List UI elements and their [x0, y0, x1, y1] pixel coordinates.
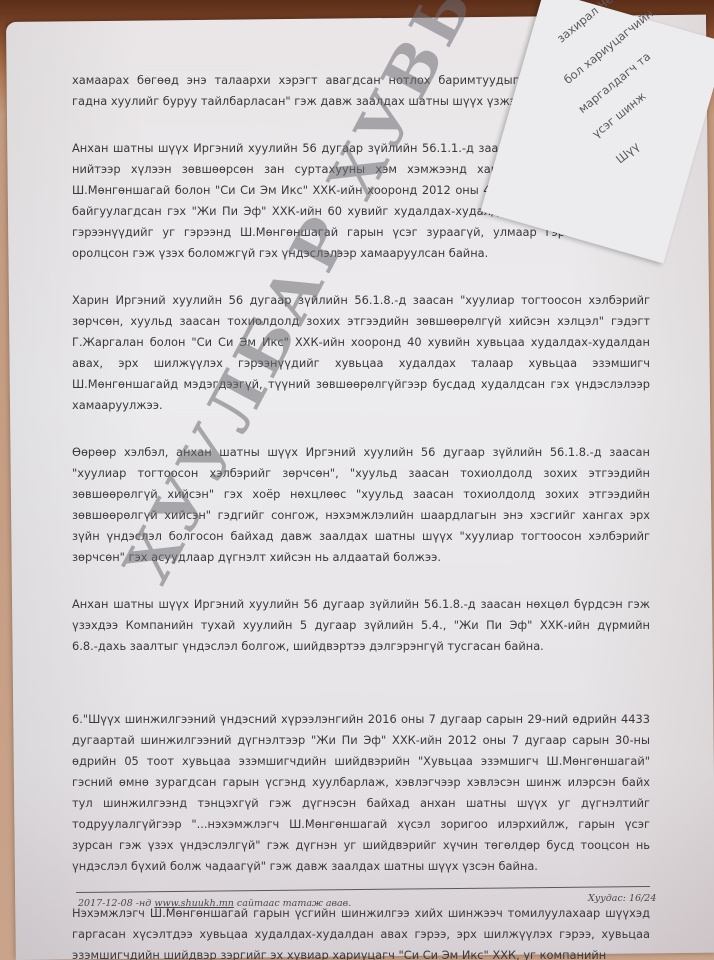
- text-line: үзэхдээ Компанийн тухай хуулийн 5 дугаар…: [72, 615, 650, 636]
- back-page-text: Шүү: [613, 139, 642, 166]
- text-line: оролцсон гэж үзэх боломжгүй гэх үндэслэл…: [72, 243, 650, 264]
- text-line: тодруулалгүйгээр "...нэхэмжлэгч Ш.Мөнгөн…: [72, 814, 650, 835]
- text-line: зөрчсөн" гэх асуудлаар дүгнэлт хийсэн нь…: [72, 547, 650, 568]
- paragraph-para-other-words: Өөрөөр хэлбэл, анхан шатны шүүх Иргэний …: [72, 442, 650, 568]
- paragraph-para-company-law: Анхан шатны шүүх Иргэний хуулийн 56 дуга…: [72, 594, 650, 657]
- text-line: зөрчсөн, хуульд заасан тохиолдолд зохих …: [72, 311, 650, 332]
- text-line: зөвшөөрөлгүй хийсэн" гэх хоёр нөхцлөөс "…: [72, 484, 650, 505]
- footer-date: 2017-12-08 -нд: [78, 898, 154, 909]
- text-line: эзэмшигчдийн шийдвэр зэргийг эх хувиар х…: [72, 945, 650, 960]
- text-line: зүйн үндэслэл болгосон байхад давж заалд…: [72, 526, 650, 547]
- text-line: авах, эрх шилжүүлэх гэрээнүүдийг хувьцаа…: [72, 353, 650, 374]
- text-line: дугаартай шинжилгээний дүгнэлтээр "Жи Пи…: [72, 730, 650, 751]
- text-line: зөвшөөрөлгүй хийсэн" гэдгийг сонгож, нэх…: [72, 505, 650, 526]
- text-line: Г.Жаргалан болон "Си Си Эм Икс" ХХК-ийн …: [72, 332, 650, 353]
- text-line: Ш.Мөнгөншагайд мэдэгдээгүй, түүний зөвшө…: [72, 374, 650, 395]
- text-line: 6."Шүүх шинжилгээний үндэсний хүрээлэнги…: [72, 709, 650, 730]
- text-line: Өөрөөр хэлбэл, анхан шатны шүүх Иргэний …: [72, 442, 650, 463]
- text-line: үндэслэл бүхий болж чадаагүй" гэж давж з…: [72, 856, 650, 877]
- paragraph-para-plaintiff: Нэхэмжлэгч Ш.Мөнгөншагай гарын үсгийн ши…: [72, 903, 650, 960]
- footer-suffix: сайтаас татаж авав.: [234, 898, 351, 909]
- text-line: хамааруулжээ.: [72, 395, 650, 416]
- paragraph-para-56-1-8: Харин Иргэний хуулийн 56 дугаар зүйлийн …: [72, 290, 650, 416]
- text-line: гэсний өмнө зурагдсан гарын үсгэнд хуулб…: [72, 772, 650, 793]
- page-number: Хуудас: 16/24: [588, 893, 656, 904]
- text-line: тул шинжилгээнд тэнцэхгүй гэж дүгнэсэн б…: [72, 793, 650, 814]
- footer-link[interactable]: www.shuukh.mn: [154, 898, 234, 909]
- text-line: өдрийн 05 тоот хувьцаа эзэмшигчдийн шийд…: [72, 751, 650, 772]
- text-line: гаргасан хүсэлтдээ хувьцаа худалдах-худа…: [72, 924, 650, 945]
- text-line: Анхан шатны шүүх Иргэний хуулийн 56 дуга…: [72, 594, 650, 615]
- paragraph-para-6: 6."Шүүх шинжилгээний үндэсний хүрээлэнги…: [72, 709, 650, 877]
- text-line: 6.8.-дахь заалтыг үндэслэл болгож, шийдв…: [72, 636, 650, 657]
- footer-source: 2017-12-08 -нд www.shuukh.mn сайтаас тат…: [78, 898, 351, 909]
- text-line: "хуулиар тогтоосон хэлбэрийг зөрчсөн", "…: [72, 463, 650, 484]
- text-line: Харин Иргэний хуулийн 56 дугаар зүйлийн …: [72, 290, 650, 311]
- text-line: зурсан гэж үзэх үндэслэлгүй" гэж дүгнэн …: [72, 835, 650, 856]
